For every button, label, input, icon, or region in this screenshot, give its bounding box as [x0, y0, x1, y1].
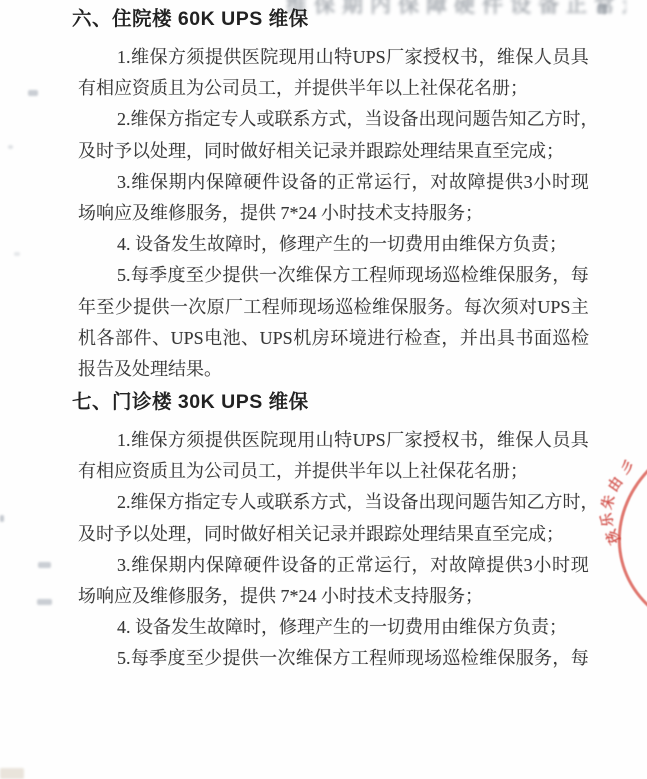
text-token: 题	[473, 487, 491, 518]
text-token: 检	[461, 260, 479, 291]
text-token: 进	[367, 323, 385, 354]
text-token: 提	[133, 292, 151, 323]
text-token: 3.	[117, 167, 131, 198]
text-token: 保	[314, 260, 332, 291]
text-token: 。	[446, 292, 464, 323]
text-token: 故	[449, 167, 467, 198]
text-token: 程	[262, 292, 280, 323]
text-token: 人	[534, 425, 552, 456]
text-token: 方	[311, 487, 329, 518]
text-token: 服	[516, 643, 534, 674]
text-token: 维	[131, 42, 149, 73]
text-token: 障	[468, 550, 486, 581]
text-token: 书	[460, 42, 478, 73]
text-token: 期	[169, 550, 187, 581]
text-token: 方	[168, 425, 186, 456]
text-token: 维	[479, 260, 497, 291]
text-token: 时	[552, 167, 570, 198]
text-token: 件	[134, 323, 152, 354]
text-token: ，	[412, 550, 430, 581]
text-token: 各	[97, 323, 115, 354]
text-token: 保	[515, 425, 533, 456]
text-token: 现	[299, 292, 317, 323]
text-token: 方	[311, 104, 329, 135]
text-token: 期	[169, 167, 187, 198]
text-token: 3.	[117, 550, 131, 581]
text-token: 设	[383, 487, 401, 518]
text-token: 2.	[117, 104, 131, 135]
text-token: 部	[115, 323, 133, 354]
text-token: ，	[441, 323, 459, 354]
text-token: 程	[369, 260, 387, 291]
text-line: 及时予以处理，同时做好相关记录并跟踪处理结果直至完成；	[78, 136, 589, 167]
text-token: 年	[78, 292, 96, 323]
text-token: 工	[351, 643, 369, 674]
text-token: 具	[571, 425, 589, 456]
text-token: 设	[281, 167, 299, 198]
text-token: 障	[468, 167, 486, 198]
text-token: 维	[131, 487, 149, 518]
text-line: 机各部件、UPS电池、UPS机房环境进行检查，并出具书面巡检	[78, 323, 589, 354]
text-token: 供	[505, 550, 523, 581]
text-token: 季	[149, 260, 167, 291]
text-token: 提	[486, 550, 504, 581]
scan-speck	[28, 90, 38, 96]
text-token: 务	[534, 643, 552, 674]
text-token: 维	[479, 643, 497, 674]
text-token: 供	[505, 167, 523, 198]
text-token: 告	[491, 104, 509, 135]
text-token: 每	[131, 260, 149, 291]
document-body: 六、住院楼 60K UPS 维保1.维保方须提供医院现用山特UPS厂家授权书，维…	[78, 2, 589, 675]
text-token: 时	[552, 550, 570, 581]
text-token: 师	[280, 292, 298, 323]
text-token: 保	[206, 550, 224, 581]
text-token: 院	[260, 425, 278, 456]
text-token: 用	[297, 42, 315, 73]
text-token: 至	[186, 643, 204, 674]
text-token: 提	[222, 260, 240, 291]
text-line: 4. 设备发生故障时，修理产生的一切费用由维保方负责；	[78, 229, 589, 260]
text-token: 或	[257, 104, 275, 135]
text-token: 主	[571, 292, 589, 323]
text-token: UPS	[537, 292, 570, 323]
text-token: 备	[401, 104, 419, 135]
text-token: 保	[149, 425, 167, 456]
stamp-character: 由	[603, 473, 627, 496]
text-token: ，	[347, 104, 365, 135]
scan-speck	[8, 145, 13, 149]
text-token: 检	[461, 643, 479, 674]
text-token: 出	[419, 104, 437, 135]
text-token: 知	[509, 487, 527, 518]
text-token: 人	[239, 104, 257, 135]
text-token: 件	[262, 550, 280, 581]
text-token: 专	[221, 104, 239, 135]
text-token: 维	[131, 167, 149, 198]
text-token: ，	[412, 167, 430, 198]
text-token: 并	[460, 323, 478, 354]
text-token: 境	[349, 323, 367, 354]
text-token: 对	[430, 550, 448, 581]
text-token: 提	[486, 167, 504, 198]
text-token: 保	[150, 167, 168, 198]
text-token: 厂	[386, 425, 404, 456]
text-token: 特	[334, 42, 352, 73]
text-token: 家	[405, 425, 423, 456]
text-token: 的	[318, 167, 336, 198]
text-token: 系	[293, 487, 311, 518]
text-token: 现	[279, 425, 297, 456]
text-token: 常	[355, 167, 373, 198]
text-line: 有相应资质且为公司员工，并提供半年以上社保花名册；	[78, 73, 589, 104]
text-token: 维	[497, 425, 515, 456]
text-token: 当	[365, 104, 383, 135]
text-token: 一	[259, 643, 277, 674]
text-token: 员	[552, 425, 570, 456]
text-token: 环	[330, 323, 348, 354]
text-token: 专	[221, 487, 239, 518]
text-token: 具	[571, 42, 589, 73]
text-token: 维	[296, 260, 314, 291]
text-token: 务	[427, 292, 445, 323]
text-line: 有相应资质且为公司员工，并提供半年以上社保花名册；	[78, 456, 589, 487]
text-line: 年至少提供一次原厂工程师现场巡检维保服务。每次须对UPS主	[78, 292, 589, 323]
text-token: 保	[497, 643, 515, 674]
text-token: 厂	[386, 42, 404, 73]
text-token: ，	[478, 425, 496, 456]
text-line: 场响应及维修服务，提供 7*24 小时技术支持服务；	[78, 581, 589, 612]
text-token: 或	[257, 487, 275, 518]
text-token: 备	[401, 487, 419, 518]
scan-speck	[0, 768, 24, 779]
text-token: 供	[223, 425, 241, 456]
text-token: 季	[149, 643, 167, 674]
text-token: 件	[262, 167, 280, 198]
text-token: 须	[186, 425, 204, 456]
text-token: 须	[186, 42, 204, 73]
text-token: 保	[149, 104, 167, 135]
text-token: 具	[497, 323, 515, 354]
text-token: 备	[299, 550, 317, 581]
text-token: 方	[332, 260, 350, 291]
text-token: 维	[296, 643, 314, 674]
text-token: 面	[534, 323, 552, 354]
stamp-character: 彡	[616, 455, 639, 479]
text-token: 题	[473, 104, 491, 135]
text-token: 工	[243, 292, 261, 323]
text-token: 检	[571, 323, 589, 354]
text-token: 方	[545, 104, 563, 135]
text-token: 保	[150, 550, 168, 581]
text-token: 3	[524, 550, 533, 581]
text-token: 知	[509, 104, 527, 135]
text-line: 5.每季度至少提供一次维保方工程师现场巡检维保服务，每	[78, 260, 589, 291]
text-token: 正	[337, 550, 355, 581]
text-token: 运	[374, 550, 392, 581]
text-token: 场	[424, 260, 442, 291]
text-token: 问	[455, 487, 473, 518]
text-token: 1.	[117, 425, 131, 456]
text-token: 场	[317, 292, 335, 323]
text-token: 方	[167, 487, 185, 518]
text-line: 2.维保方指定专人或联系方式，当设备出现问题告知乙方时，	[78, 487, 589, 518]
text-token: 少	[204, 643, 222, 674]
text-line: 场响应及维修服务，提供 7*24 小时技术支持服务；	[78, 198, 589, 229]
text-token: 巡	[442, 643, 460, 674]
text-token: 家	[405, 42, 423, 73]
text-token: 正	[337, 167, 355, 198]
text-token: 服	[409, 292, 427, 323]
text-token: 授	[423, 425, 441, 456]
text-line: 4. 设备发生故障时，修理产生的一切费用由维保方负责；	[78, 612, 589, 643]
text-token: 方	[168, 42, 186, 73]
text-token: 医	[242, 42, 260, 73]
text-token: 障	[225, 550, 243, 581]
text-token: 式	[329, 104, 347, 135]
text-token: 设	[281, 550, 299, 581]
text-token: 电	[204, 323, 222, 354]
text-token: 维	[372, 292, 390, 323]
text-token: 厂	[225, 292, 243, 323]
text-token: 山	[316, 425, 334, 456]
text-token: 维	[497, 42, 515, 73]
text-token: ，	[581, 104, 599, 135]
text-token: 方	[545, 487, 563, 518]
text-token: 备	[299, 167, 317, 198]
text-token: 用	[297, 425, 315, 456]
text-token: 维	[131, 425, 149, 456]
text-token: 出	[478, 323, 496, 354]
text-line: 3.维保期内保障硬件设备的正常运行，对故障提供3小时现	[78, 550, 589, 581]
text-token: 权	[442, 425, 460, 456]
section-heading: 六、住院楼 60K UPS 维保	[72, 2, 589, 36]
text-token: 现	[406, 260, 424, 291]
text-token: 次	[277, 260, 295, 291]
text-token: 提	[205, 42, 223, 73]
text-token: UPS	[353, 42, 386, 73]
scan-speck	[38, 562, 51, 568]
text-token: 服	[516, 260, 534, 291]
text-token: 保	[149, 42, 167, 73]
text-token: 每	[131, 643, 149, 674]
text-token: ，	[552, 643, 570, 674]
text-token: 每	[571, 643, 589, 674]
text-token: 池	[223, 323, 241, 354]
text-token: 次	[277, 643, 295, 674]
text-token: 时	[563, 487, 581, 518]
text-token: 每	[464, 292, 482, 323]
stamp-character: 朱	[597, 493, 620, 512]
stamp-ring	[596, 405, 647, 662]
text-token: UPS	[171, 323, 204, 354]
text-token: 小	[533, 550, 551, 581]
text-token: 现	[437, 104, 455, 135]
text-token: 当	[365, 487, 383, 518]
text-token: 故	[449, 550, 467, 581]
text-token: 一	[259, 260, 277, 291]
text-token: 、	[152, 323, 170, 354]
text-token: 检	[404, 323, 422, 354]
text-token: 、	[241, 323, 259, 354]
text-token: 保	[149, 487, 167, 518]
text-token: 指	[185, 104, 203, 135]
text-token: 一	[170, 292, 188, 323]
text-token: 常	[355, 550, 373, 581]
text-token: 查	[423, 323, 441, 354]
text-token: ，	[581, 487, 599, 518]
text-token: 3	[524, 167, 533, 198]
text-token: 联	[275, 104, 293, 135]
text-token: 少	[204, 260, 222, 291]
text-token: 现	[279, 42, 297, 73]
text-token: 书	[515, 323, 533, 354]
text-token: 现	[406, 643, 424, 674]
text-token: ，	[478, 42, 496, 73]
text-token: 至	[96, 292, 114, 323]
text-token: 障	[225, 167, 243, 198]
text-token: 硬	[243, 167, 261, 198]
text-token: 场	[424, 643, 442, 674]
text-token: 员	[552, 42, 570, 73]
text-token: 工	[351, 260, 369, 291]
text-token: 保	[206, 167, 224, 198]
text-token: 系	[293, 104, 311, 135]
text-token: 师	[387, 643, 405, 674]
text-line: 报告及处理结果。	[78, 354, 589, 385]
text-token: 人	[239, 487, 257, 518]
text-token: 度	[167, 643, 185, 674]
text-token: 度	[167, 260, 185, 291]
text-token: 保	[390, 292, 408, 323]
text-token: 供	[241, 643, 259, 674]
text-token: ，	[552, 260, 570, 291]
text-token: 提	[222, 643, 240, 674]
text-token: 对	[519, 292, 537, 323]
text-token: 保	[314, 643, 332, 674]
text-token: 程	[369, 643, 387, 674]
text-token: 检	[354, 292, 372, 323]
text-token: 行	[386, 323, 404, 354]
text-token: 巡	[442, 260, 460, 291]
text-token: 供	[223, 42, 241, 73]
text-token: 巡	[335, 292, 353, 323]
text-token: 联	[275, 487, 293, 518]
text-token: 保	[515, 42, 533, 73]
text-token: 方	[332, 643, 350, 674]
text-token: 提	[205, 425, 223, 456]
text-token: 告	[491, 487, 509, 518]
scan-speck	[37, 599, 52, 605]
text-token: 乙	[527, 487, 545, 518]
text-token: 5.	[117, 260, 131, 291]
text-token: 乙	[527, 104, 545, 135]
text-token: 师	[387, 260, 405, 291]
text-token: 1.	[117, 42, 131, 73]
text-token: 式	[329, 487, 347, 518]
stamp-character: 乐	[596, 512, 618, 529]
text-token: 现	[571, 167, 589, 198]
text-token: 内	[187, 550, 205, 581]
text-token: 定	[203, 487, 221, 518]
text-line: 2.维保方指定专人或联系方式，当设备出现问题告知乙方时，	[78, 104, 589, 135]
text-line: 5.每季度至少提供一次维保方工程师现场巡检维保服务，每	[78, 643, 589, 674]
text-line: 1.维保方须提供医院现用山特UPS厂家授权书，维保人员具	[78, 42, 589, 73]
text-token: 5.	[117, 643, 131, 674]
text-token: 权	[442, 42, 460, 73]
section-heading: 七、门诊楼 30K UPS 维保	[72, 385, 589, 419]
text-token: 内	[187, 167, 205, 198]
text-token: 运	[374, 167, 392, 198]
text-token: 行	[393, 167, 411, 198]
text-token: 书	[460, 425, 478, 456]
text-token: 保	[497, 260, 515, 291]
text-token: 时	[563, 104, 581, 135]
text-token: 院	[260, 42, 278, 73]
text-token: 机	[293, 323, 311, 354]
scan-speck	[14, 252, 20, 256]
text-token: 须	[501, 292, 519, 323]
text-token: 次	[482, 292, 500, 323]
stamp-character: 孩	[601, 526, 625, 548]
text-token: 房	[312, 323, 330, 354]
text-token: UPS	[353, 425, 386, 456]
text-token: 至	[186, 260, 204, 291]
text-token: 问	[455, 104, 473, 135]
text-token: 现	[437, 487, 455, 518]
text-token: 现	[571, 550, 589, 581]
text-token: 供	[241, 260, 259, 291]
text-token: 次	[188, 292, 206, 323]
text-token: 的	[318, 550, 336, 581]
text-token: 每	[571, 260, 589, 291]
text-token: 少	[115, 292, 133, 323]
text-line: 及时予以处理，同时做好相关记录并跟踪处理结果直至完成；	[78, 519, 589, 550]
text-token: 行	[393, 550, 411, 581]
text-token: 医	[242, 425, 260, 456]
text-token: 山	[316, 42, 334, 73]
text-token: 小	[533, 167, 551, 198]
text-token: 设	[383, 104, 401, 135]
text-token: 对	[430, 167, 448, 198]
scan-speck	[0, 515, 4, 522]
text-line: 1.维保方须提供医院现用山特UPS厂家授权书，维保人员具	[78, 425, 589, 456]
text-token: 机	[78, 323, 96, 354]
text-token: 方	[167, 104, 185, 135]
text-token: 原	[207, 292, 225, 323]
scan-speck	[598, 4, 607, 14]
text-token: 定	[203, 104, 221, 135]
text-token: 维	[131, 550, 149, 581]
text-token: 授	[423, 42, 441, 73]
text-token: 指	[185, 487, 203, 518]
text-token: 出	[419, 487, 437, 518]
text-token: 2.	[117, 487, 131, 518]
text-token: 硬	[243, 550, 261, 581]
document-page: 维保期内保障硬件设备正常运行故障 六、住院楼 60K UPS 维保1.维保方须提…	[0, 0, 647, 779]
text-token: 特	[334, 425, 352, 456]
text-token: 维	[131, 104, 149, 135]
text-token: 巡	[552, 323, 570, 354]
text-token: UPS	[260, 323, 293, 354]
text-token: ，	[347, 487, 365, 518]
text-token: 人	[534, 42, 552, 73]
text-token: 供	[152, 292, 170, 323]
text-token: 务	[534, 260, 552, 291]
text-line: 3.维保期内保障硬件设备的正常运行，对故障提供3小时现	[78, 167, 589, 198]
